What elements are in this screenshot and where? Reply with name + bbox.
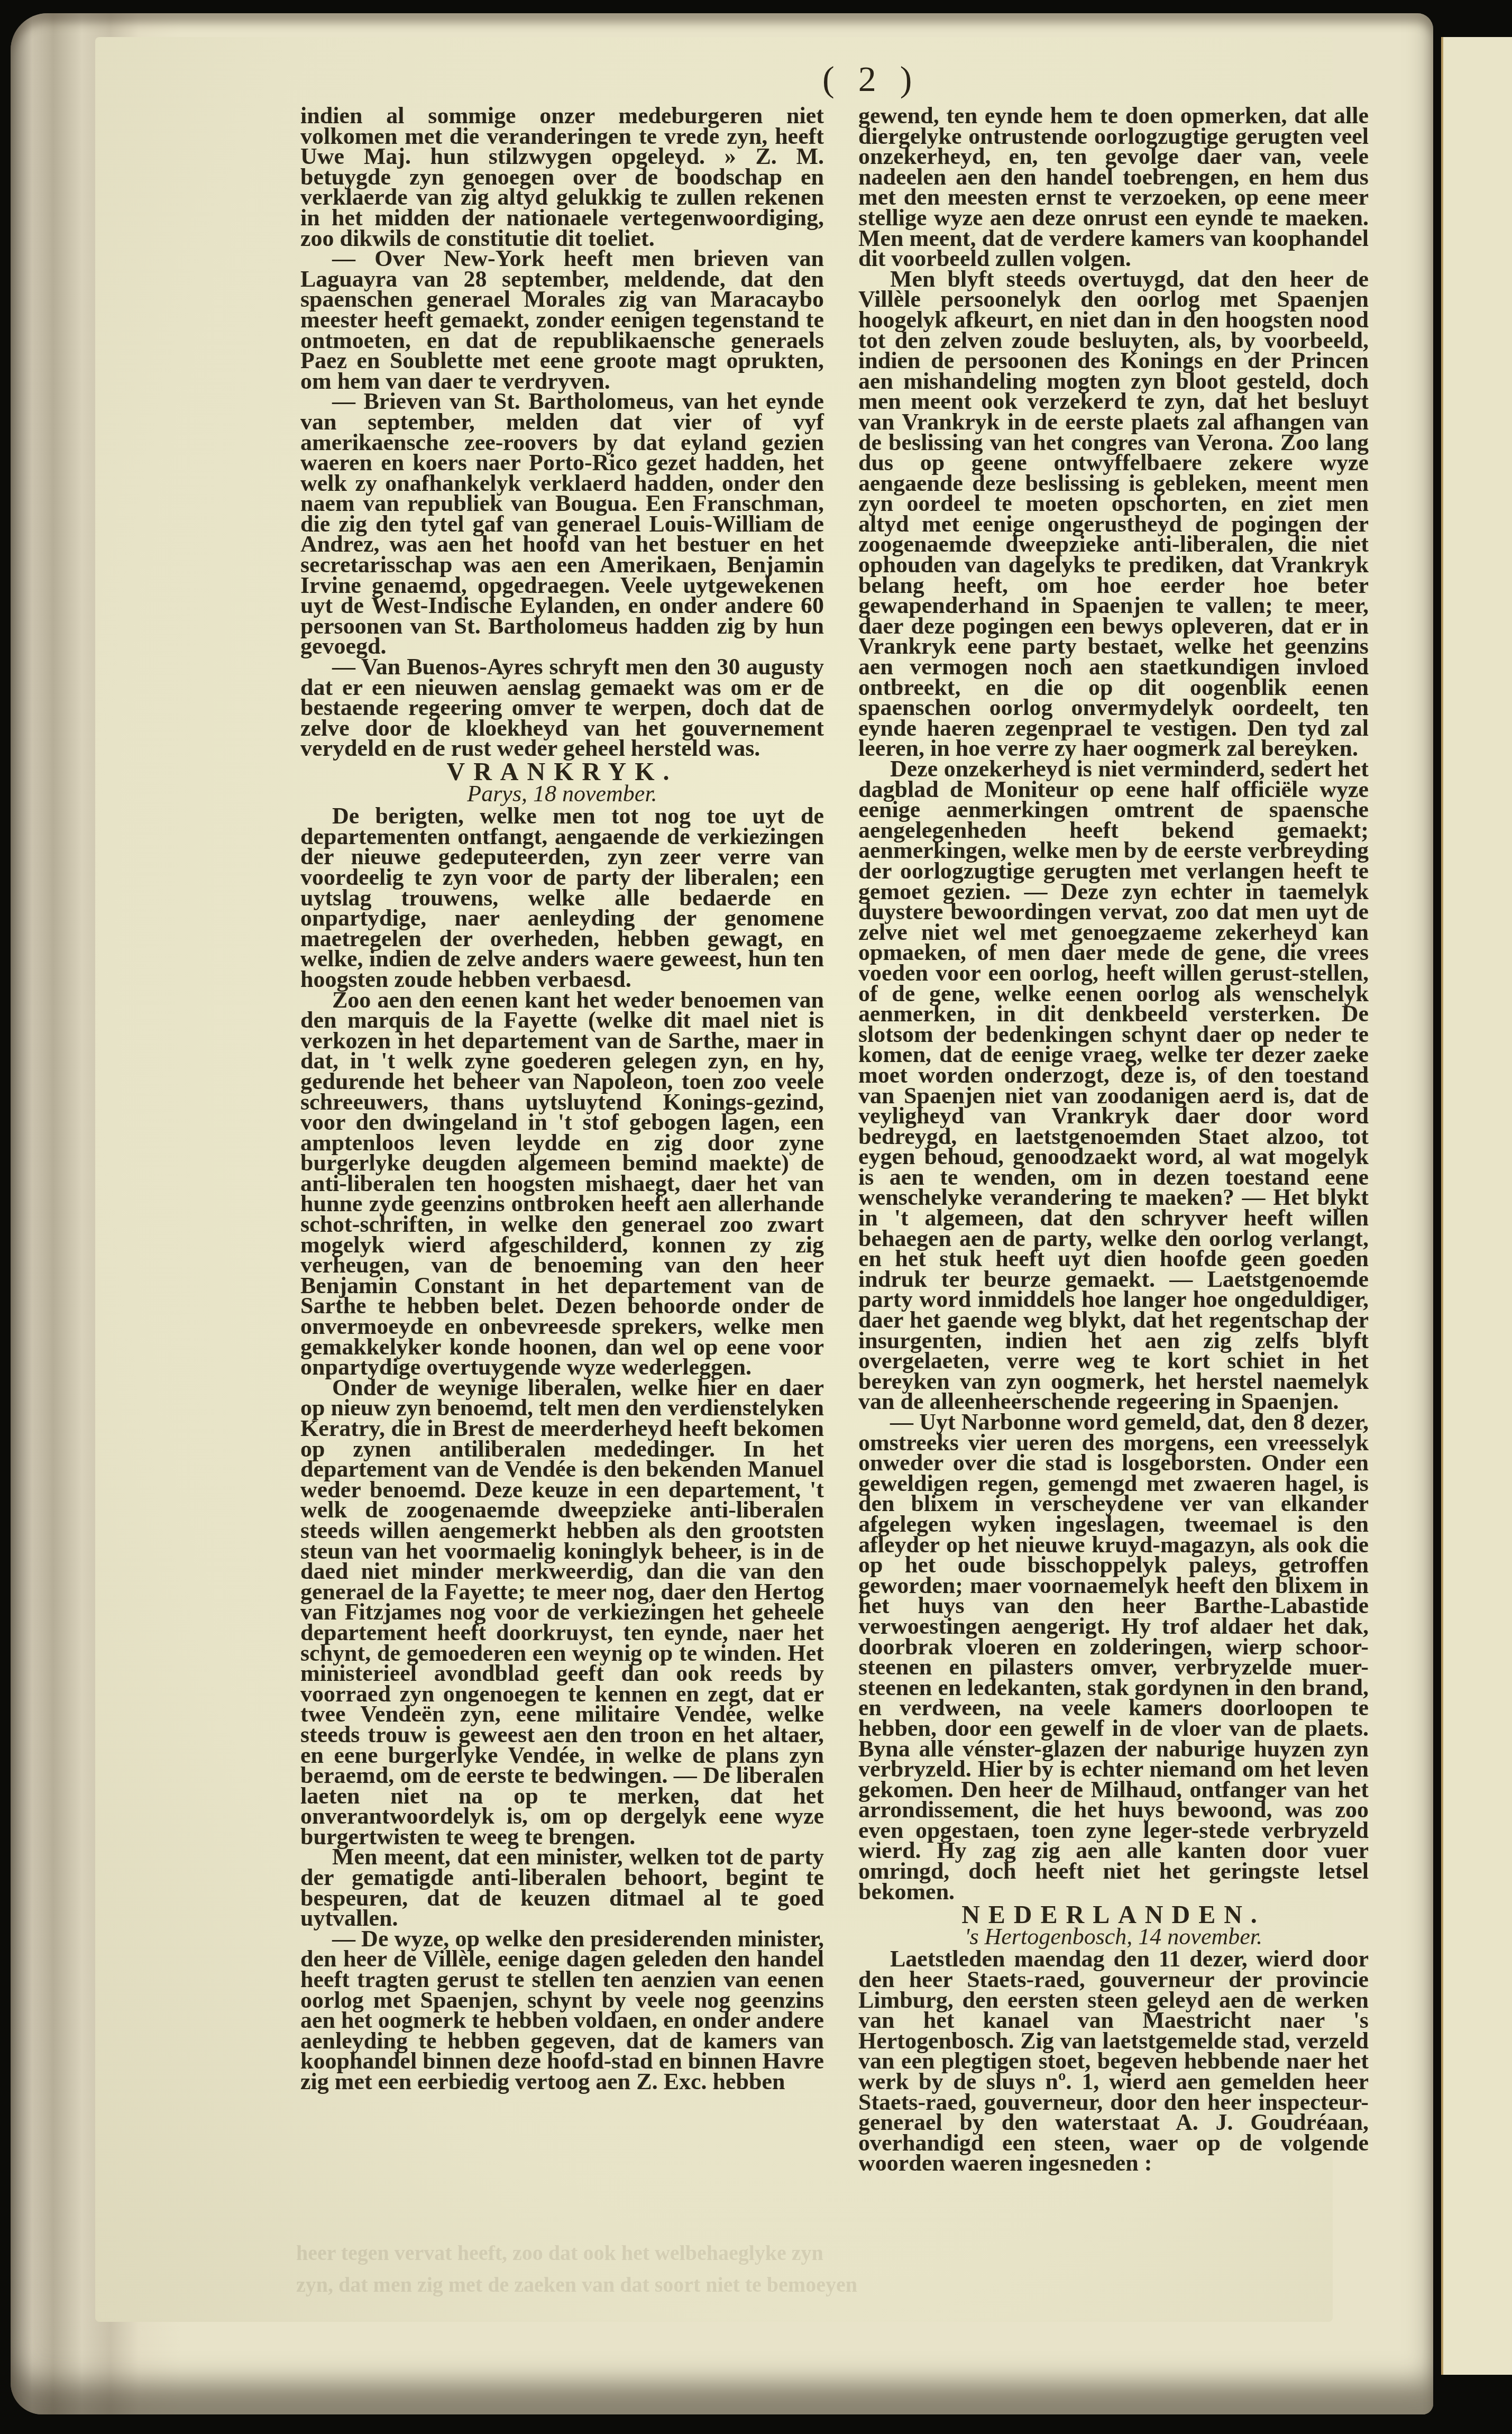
paragraph: — Van Buenos-Ayres schryft men den 30 au…: [300, 657, 824, 759]
paragraph: Men meent, dat een minister, welken tot …: [300, 1847, 824, 1928]
paragraph: De berigten, welke men tot nog toe uyt d…: [300, 806, 824, 990]
paragraph: Deze onzekerheyd is niet verminderd, sed…: [858, 759, 1369, 1412]
paragraph: indien al sommige onzer medeburgeren nie…: [300, 106, 824, 249]
section-heading-nederlanden: NEDERLANDEN.: [858, 1905, 1369, 1926]
facing-page-edge: [1441, 37, 1512, 2375]
bleed-through-text: heer tegen vervat heeft, zoo dat ook het…: [296, 2237, 1375, 2301]
paragraph: — Brieven van St. Bartholomeus, van het …: [300, 391, 824, 657]
dateline-hertogenbosch: 's Hertogenbosch, 14 november.: [858, 1927, 1369, 1947]
paragraph: — Over New-York heeft men brieven van La…: [300, 249, 824, 391]
paragraph: Zoo aen den eenen kant het weder benoeme…: [300, 990, 824, 1378]
bleed-line: zyn, dat men zig met de zaeken van dat s…: [296, 2269, 1375, 2301]
dateline-parys: Parys, 18 november.: [300, 784, 824, 804]
paragraph: Men blyft steeds overtuygd, dat den heer…: [858, 269, 1369, 759]
paragraph: gewend, ten eynde hem te doen opmerken, …: [858, 106, 1369, 269]
left-column: indien al sommige onzer medeburgeren nie…: [300, 106, 824, 2092]
paragraph: — De wyze, op welke den presiderenden mi…: [300, 1929, 824, 2092]
right-column: gewend, ten eynde hem te doen opmerken, …: [858, 106, 1369, 2174]
page-number: ( 2 ): [822, 58, 919, 100]
paragraph: — Uyt Narbonne word gemeld, dat, den 8 d…: [858, 1412, 1369, 1902]
paragraph: Laetstleden maendag den 11 dezer, wierd …: [858, 1949, 1369, 2174]
bleed-line: heer tegen vervat heeft, zoo dat ook het…: [296, 2237, 1375, 2269]
section-heading-vrankryk: VRANKRYK.: [300, 762, 824, 783]
paragraph: Onder de weynige liberalen, welke hier e…: [300, 1378, 824, 1847]
